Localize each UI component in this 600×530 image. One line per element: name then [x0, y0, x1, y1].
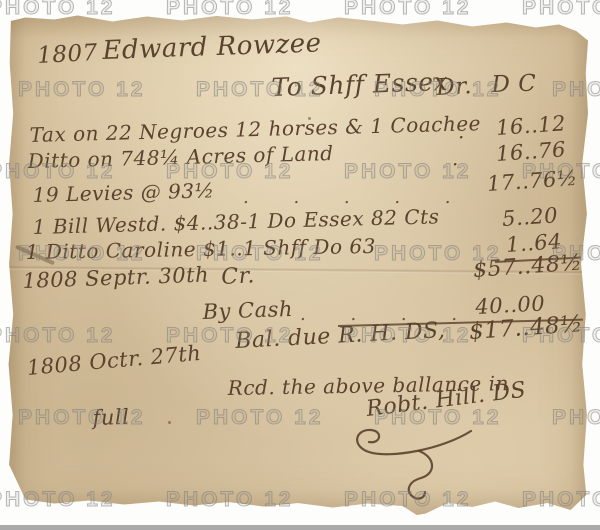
photo-bottom-bar — [0, 525, 600, 530]
entry-description: 1 Bill Westd. $4..38-1 Do Essex 82 Cts — [32, 204, 439, 239]
paper-speck — [168, 421, 171, 424]
receipt-date: 1808 Octr. 27th — [26, 341, 202, 380]
photo: 1807 Edward Rowzee To Shff Essex Dr. D C… — [0, 0, 600, 530]
credit-total: $57..48½ — [472, 250, 583, 283]
signature-flourish-icon — [345, 421, 480, 509]
paper: 1807 Edward Rowzee To Shff Essex Dr. D C… — [8, 13, 588, 515]
credit-abbrev: Cr. — [221, 263, 256, 290]
balance-label: Bal. due R. H. DS, — [235, 318, 446, 354]
watermark: PHOTO 12 — [166, 0, 293, 20]
entry-description: 19 Levies @ 93½ — [32, 178, 214, 207]
payer-name: Edward Rowzee — [102, 28, 322, 66]
entry-description: Tax on 22 Negroes 12 horses & 1 Coachee — [29, 111, 481, 147]
entry-amount: 16..12 — [495, 111, 566, 140]
entry-amount: 5..20 — [501, 203, 558, 231]
entry-separator: · — [452, 152, 459, 176]
cash-label: By Cash — [202, 297, 293, 324]
credit-date: 1808 Septr. 30th — [22, 263, 209, 293]
entry-amount: 16..76 — [495, 137, 566, 166]
watermark: PHOTO 12 — [522, 0, 600, 20]
entry-amount: 17..76½ — [486, 166, 578, 196]
year-label: 1807 — [37, 40, 99, 69]
dc-abbrev: D C — [491, 70, 537, 98]
to-sheriff-label: To Shff Essex — [271, 67, 449, 102]
entry-description: 1 Ditto Caroline $1..1 Shff Do 63 — [26, 234, 376, 264]
full-word: full — [92, 405, 130, 430]
entry-separator: · — [458, 125, 465, 149]
debtor-abbrev: Dr. — [436, 73, 473, 101]
watermark: PHOTO 12 — [344, 0, 471, 20]
watermark: PHOTO 12 — [0, 0, 115, 20]
